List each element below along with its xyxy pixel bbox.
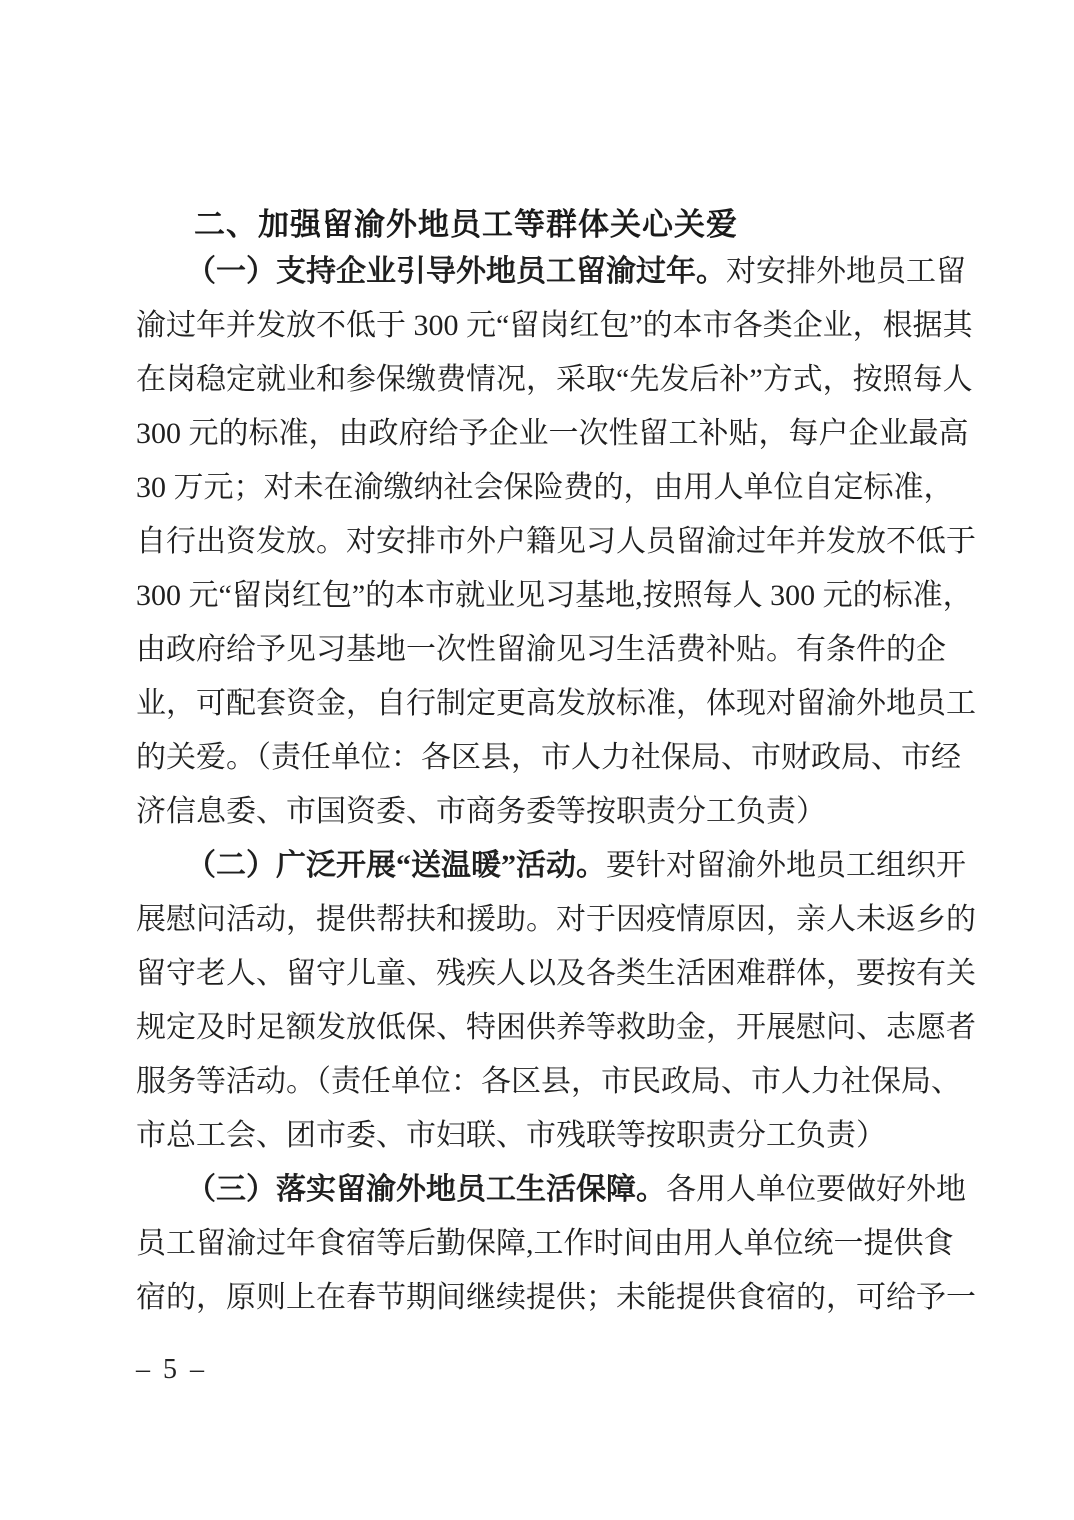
- document-page: 二、加强留渝外地员工等群体关心关爱 （一）支持企业引导外地员工留渝过年。对安排外…: [0, 0, 1074, 1520]
- paragraph-text: 300 元“留岗红包”的本市就业见习基地,按照每人 300 元的标准，: [136, 579, 973, 612]
- paragraph-text: 对安排外地员工留: [726, 255, 966, 288]
- paragraph-lead-text: （一）支持企业引导外地员工留渝过年。: [186, 255, 726, 288]
- paragraph-text: 30 万元；对未在渝缴纳社会保险费的，由用人单位自定标准，: [136, 471, 954, 504]
- text-line: 规定及时足额发放低保、特困供养等救助金，开展慰问、志愿者: [136, 1001, 936, 1055]
- text-line: 300 元的标准，由政府给予企业一次性留工补贴，每户企业最高: [136, 407, 936, 461]
- paragraph-text: 渝过年并发放不低于 300 元“留岗红包”的本市各类企业，根据其: [136, 309, 973, 342]
- paragraph-lead-text: （三）落实留渝外地员工生活保障。: [186, 1173, 666, 1206]
- text-line: （一）支持企业引导外地员工留渝过年。对安排外地员工留: [136, 245, 936, 299]
- paragraph-text: 服务等活动。（责任单位：各区县，市民政局、市人力社保局、: [136, 1065, 961, 1098]
- section-heading: 二、加强留渝外地员工等群体关心关爱: [136, 205, 936, 245]
- text-line: 由政府给予见习基地一次性留渝见习生活费补贴。有条件的企: [136, 623, 936, 677]
- paragraph-text: 展慰问活动，提供帮扶和援助。对于因疫情原因，亲人未返乡的: [136, 903, 976, 936]
- paragraph-text: 规定及时足额发放低保、特困供养等救助金，开展慰问、志愿者: [136, 1011, 976, 1044]
- text-line: 300 元“留岗红包”的本市就业见习基地,按照每人 300 元的标准，: [136, 569, 936, 623]
- paragraph-text: 在岗稳定就业和参保缴费情况，采取“先发后补”方式，按照每人: [136, 363, 973, 396]
- text-line: 渝过年并发放不低于 300 元“留岗红包”的本市各类企业，根据其: [136, 299, 936, 353]
- text-line: 展慰问活动，提供帮扶和援助。对于因疫情原因，亲人未返乡的: [136, 893, 936, 947]
- text-line: （三）落实留渝外地员工生活保障。各用人单位要做好外地: [136, 1163, 936, 1217]
- paragraph-text: 由政府给予见习基地一次性留渝见习生活费补贴。有条件的企: [136, 633, 946, 666]
- text-line: 济信息委、市国资委、市商务委等按职责分工负责）: [136, 785, 936, 839]
- paragraph-text: 员工留渝过年食宿等后勤保障,工作时间由用人单位统一提供食: [136, 1227, 954, 1260]
- paragraph-text: 业，可配套资金，自行制定更高发放标准，体现对留渝外地员工: [136, 687, 976, 720]
- text-line: 留守老人、留守儿童、残疾人以及各类生活困难群体，要按有关: [136, 947, 936, 1001]
- paragraph-text: 各用人单位要做好外地: [666, 1173, 966, 1206]
- text-line: 在岗稳定就业和参保缴费情况，采取“先发后补”方式，按照每人: [136, 353, 936, 407]
- page-number: – 5 –: [136, 1354, 207, 1386]
- text-line: 业，可配套资金，自行制定更高发放标准，体现对留渝外地员工: [136, 677, 936, 731]
- document-body: （一）支持企业引导外地员工留渝过年。对安排外地员工留渝过年并发放不低于 300 …: [136, 245, 936, 1325]
- text-line: 市总工会、团市委、市妇联、市残联等按职责分工负责）: [136, 1109, 936, 1163]
- paragraph-text: 的关爱。（责任单位：各区县，市人力社保局、市财政局、市经: [136, 741, 961, 774]
- paragraph-text: 济信息委、市国资委、市商务委等按职责分工负责）: [136, 795, 826, 828]
- paragraph-text: 留守老人、留守儿童、残疾人以及各类生活困难群体，要按有关: [136, 957, 976, 990]
- paragraph-text: 300 元的标准，由政府给予企业一次性留工补贴，每户企业最高: [136, 417, 969, 450]
- text-line: 宿的，原则上在春节期间继续提供；未能提供食宿的，可给予一: [136, 1271, 936, 1325]
- text-line: 服务等活动。（责任单位：各区县，市民政局、市人力社保局、: [136, 1055, 936, 1109]
- paragraph-lead-text: （二）广泛开展“送温暖”活动。: [186, 849, 606, 882]
- paragraph-text: 要针对留渝外地员工组织开: [606, 849, 966, 882]
- text-line: 30 万元；对未在渝缴纳社会保险费的，由用人单位自定标准，: [136, 461, 936, 515]
- text-line: 自行出资发放。对安排市外户籍见习人员留渝过年并发放不低于: [136, 515, 936, 569]
- text-line: （二）广泛开展“送温暖”活动。要针对留渝外地员工组织开: [136, 839, 936, 893]
- paragraph-text: 自行出资发放。对安排市外户籍见习人员留渝过年并发放不低于: [136, 525, 976, 558]
- paragraph-text: 宿的，原则上在春节期间继续提供；未能提供食宿的，可给予一: [136, 1281, 976, 1314]
- text-line: 的关爱。（责任单位：各区县，市人力社保局、市财政局、市经: [136, 731, 936, 785]
- text-line: 员工留渝过年食宿等后勤保障,工作时间由用人单位统一提供食: [136, 1217, 936, 1271]
- paragraph-text: 市总工会、团市委、市妇联、市残联等按职责分工负责）: [136, 1119, 886, 1152]
